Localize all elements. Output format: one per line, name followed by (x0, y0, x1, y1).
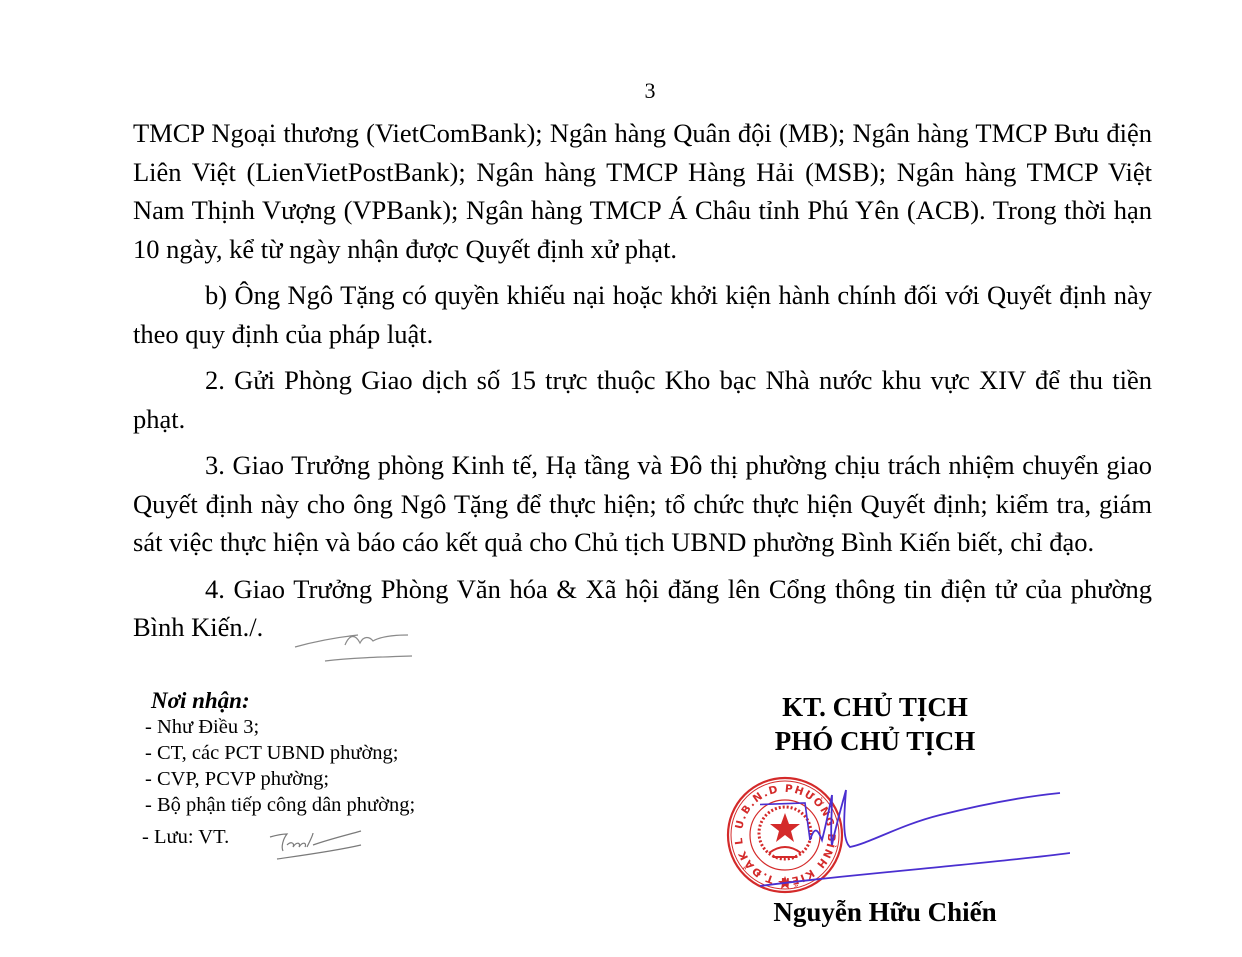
document-body: TMCP Ngoại thương (VietComBank); Ngân hà… (133, 114, 1152, 655)
recipient-item: - CT, các PCT UBND phường; (143, 740, 415, 766)
paragraph-item-3: 3. Giao Trưởng phòng Kinh tế, Hạ tầng và… (133, 446, 1152, 562)
paragraph-item-4: 4. Giao Trưởng Phòng Văn hóa & Xã hội đă… (133, 570, 1152, 647)
paragraph-bank-list: TMCP Ngoại thương (VietComBank); Ngân hà… (133, 114, 1152, 268)
signer-authority: KT. CHỦ TỊCH (720, 690, 1030, 724)
signer-title: PHÓ CHỦ TỊCH (720, 724, 1030, 758)
recipients-title: Nơi nhận: (143, 688, 415, 714)
handwritten-signature (760, 785, 1070, 895)
initials-mark-archive (265, 825, 365, 865)
recipient-item: - Bộ phận tiếp công dân phường; (143, 792, 415, 818)
page-number: 3 (0, 78, 1242, 104)
signer-name: Nguyễn Hữu Chiến (745, 897, 1025, 928)
paragraph-complaint-right: b) Ông Ngô Tặng có quyền khiếu nại hoặc … (133, 276, 1152, 353)
recipient-item: - Như Điều 3; (143, 714, 415, 740)
initials-mark-paragraph (290, 625, 420, 665)
recipient-item: - CVP, PCVP phường; (143, 766, 415, 792)
signature-block: KT. CHỦ TỊCH PHÓ CHỦ TỊCH (720, 690, 1030, 758)
paragraph-item-2: 2. Gửi Phòng Giao dịch số 15 trực thuộc … (133, 361, 1152, 438)
